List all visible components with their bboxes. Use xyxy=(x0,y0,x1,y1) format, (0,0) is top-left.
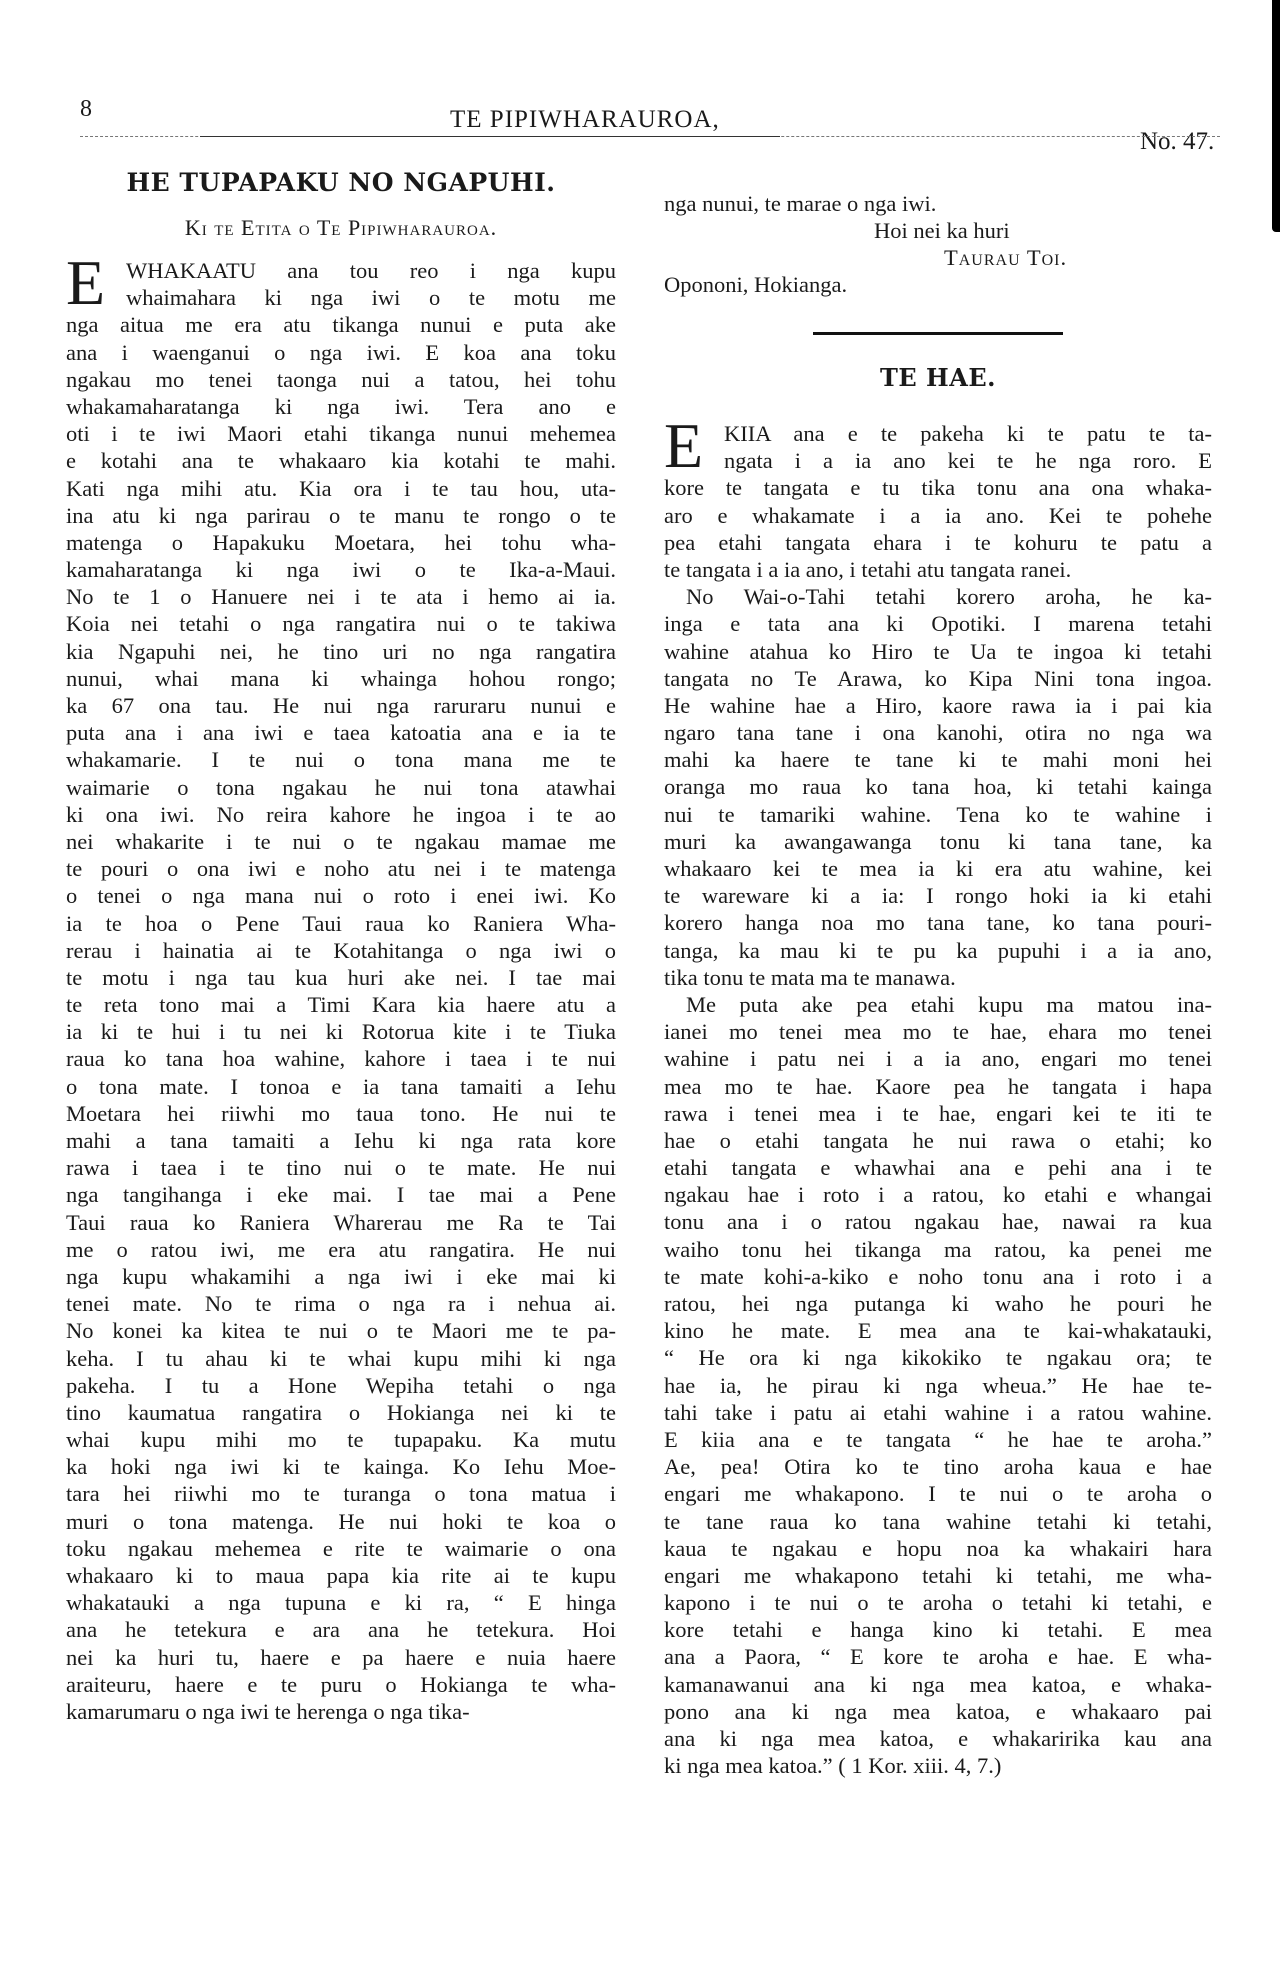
dateline-place: Opononi, Hokianga. xyxy=(664,271,1212,298)
text-line: E kiia ana e te tangata “ he hae te aroh… xyxy=(664,1426,1212,1453)
text-line: ngakau mo tenei taonga nui a tatou, hei … xyxy=(66,366,616,393)
text-line: tanga, ka mau ki te pu ka pupuhi i a ia … xyxy=(664,937,1212,964)
text-line: kamaharatanga ki nga iwi o te Ika-a-Maui… xyxy=(66,556,616,583)
text-line: whakatauki a nga tupuna e ki ra, “ E hin… xyxy=(66,1589,616,1616)
text-line: kamarumaru o nga iwi te herenga o nga ti… xyxy=(66,1698,616,1725)
text-line: kore te tangata e tu tika tonu ana ona w… xyxy=(664,474,1212,501)
text-line: wahine i patu nei i a ia ano, engari mo … xyxy=(664,1045,1212,1072)
text-line: ki nga mea katoa.” ( 1 Kor. xiii. 4, 7.) xyxy=(664,1752,1212,1779)
text-line: te mate kohi-a-kiko e noho tonu ana i ro… xyxy=(664,1263,1212,1290)
text-line: nga aitua me era atu tikanga nunui e put… xyxy=(66,311,616,338)
text-line: ana ki nga mea katoa, e whakaririka kau … xyxy=(664,1725,1212,1752)
text-line: ana a Paora, “ E kore te aroha e hae. E … xyxy=(664,1643,1212,1670)
text-line: KIIA ana e te pakeha ki te patu te ta- xyxy=(664,420,1212,447)
drop-cap: E xyxy=(66,255,105,311)
text-line: nui te tamariki wahine. Tena ko te wahin… xyxy=(664,801,1212,828)
text-line: tino kaumatua rangatira o Hokianga nei k… xyxy=(66,1399,616,1426)
text-line: Kati nga mihi atu. Kia ora i te tau hou,… xyxy=(66,475,616,502)
text-line: mahi a tana tamaiti a Iehu ki nga rata k… xyxy=(66,1127,616,1154)
text-line: ina atu ki nga parirau o te manu te rong… xyxy=(66,502,616,529)
text-line: rawa i tenei mea i te hae, engari kei te… xyxy=(664,1100,1212,1127)
header-rule-solid xyxy=(200,136,780,137)
text-line: nei whakarite i te nui o te ngakau mamae… xyxy=(66,828,616,855)
text-line: ratou, hei nga putanga ki waho he pouri … xyxy=(664,1290,1212,1317)
text-line: engari me whakapono tetahi ki tetahi, me… xyxy=(664,1562,1212,1589)
text-line: tangata no Te Arawa, ko Kipa Nini tona i… xyxy=(664,665,1212,692)
text-line: te motu i nga tau kua huri ake nei. I ta… xyxy=(66,964,616,991)
text-line: ngakau hae i roto i a ratou, ko etahi e … xyxy=(664,1181,1212,1208)
text-line: oti i te iwi Maori etahi tikanga nunui m… xyxy=(66,420,616,447)
text-line: muri ka awangawanga tonu ki tana tane, k… xyxy=(664,828,1212,855)
section-divider xyxy=(813,332,1063,335)
text-line: oranga mo raua ko tana hoa, ki tetahi ka… xyxy=(664,773,1212,800)
text-line: o tona mate. I tonoa e ia tana tamaiti a… xyxy=(66,1073,616,1100)
text-line: inga e tata ana ki Opotiki. I marena tet… xyxy=(664,610,1212,637)
text-line: e kotahi ana te whakaaro kia kotahi te m… xyxy=(66,447,616,474)
text-line: muri o tona matenga. He nui hoki te koa … xyxy=(66,1508,616,1535)
text-line: waimarie o tona ngakau he nui tona atawh… xyxy=(66,774,616,801)
text-line: ka 67 ona tau. He nui nga raruraru nunui… xyxy=(66,692,616,719)
text-line: kamanawanui ana ki nga mea katoa, e whak… xyxy=(664,1671,1212,1698)
text-line: whakaaro kei te mea ia ki era atu wahine… xyxy=(664,855,1212,882)
text-line: whai kupu mihi mo te tupapaku. Ka mutu xyxy=(66,1426,616,1453)
text-line: raua ko tana hoa wahine, kahore i taea i… xyxy=(66,1045,616,1072)
column-left: HE TUPAPAKU NO NGAPUHI. Ki te Etita o Te… xyxy=(66,168,616,1725)
text-line: hae o etahi tangata he nui rawa o etahi;… xyxy=(664,1127,1212,1154)
text-line: kore tetahi e hanga kino ki tetahi. E me… xyxy=(664,1616,1212,1643)
text-line: puta ana i ana iwi e taea katoatia ana e… xyxy=(66,719,616,746)
text-line: Moetara hei riiwhi mo taua tono. He nui … xyxy=(66,1100,616,1127)
article-body: E WHAKAATU ana tou reo i nga kupuwhaimah… xyxy=(66,257,616,1725)
page-number: 8 xyxy=(80,96,92,123)
text-line: toku ngakau mehemea e rite te waimarie o… xyxy=(66,1535,616,1562)
issue-number: No. 47. xyxy=(1140,128,1214,156)
text-line: tonu ana i o ratou ngakau hae, nawai ra … xyxy=(664,1208,1212,1235)
text-line: kapono i te nui o te aroha o tetahi ki t… xyxy=(664,1589,1212,1616)
text-line: No Wai-o-Tahi tetahi korero aroha, he ka… xyxy=(664,583,1212,610)
text-line: matenga o Hapakuku Moetara, hei tohu wha… xyxy=(66,529,616,556)
text-line: No konei ka kitea te nui o te Maori me t… xyxy=(66,1317,616,1344)
text-line: nunui, whai mana ki whainga hohou rongo; xyxy=(66,665,616,692)
text-line: rawa i taea i te tino nui o te mate. He … xyxy=(66,1154,616,1181)
text-line: tahi take i patu ai etahi wahine i a rat… xyxy=(664,1399,1212,1426)
running-title: TE PIPIWHARAUROA, xyxy=(450,106,720,134)
text-line: te reta tono mai a Timi Kara kia haere a… xyxy=(66,991,616,1018)
article-continuation: nga nunui, te marae o nga iwi. xyxy=(664,190,1212,217)
text-line: nga tangihanga i eke mai. I tae mai a Pe… xyxy=(66,1181,616,1208)
text-line: No te 1 o Hanuere nei i te ata i hemo ai… xyxy=(66,583,616,610)
text-line: mea mo te hae. Kaore pea he tangata i ha… xyxy=(664,1073,1212,1100)
text-line: rerau i hainatia ai te Kotahitanga o nga… xyxy=(66,937,616,964)
text-line: pea etahi tangata ehara i te kohuru te p… xyxy=(664,529,1212,556)
text-line: wahine atahua ko Hiro te Ua te ingoa ki … xyxy=(664,638,1212,665)
text-line: aro e whakamate i a ia ano. Kei te poheh… xyxy=(664,502,1212,529)
text-line: “ He ora ki nga kikokiko te ngakau ora; … xyxy=(664,1344,1212,1371)
text-line: keha. I tu ahau ki te whai kupu mihi ki … xyxy=(66,1345,616,1372)
closing-line: Hoi nei ka huri xyxy=(664,217,1212,244)
article-body: E KIIA ana e te pakeha ki te patu te ta-… xyxy=(664,420,1212,1779)
text-line: nga kupu whakamihi a nga iwi i eke mai k… xyxy=(66,1263,616,1290)
text-line: ia te hoa o Pene Taui raua ko Raniera Wh… xyxy=(66,910,616,937)
text-line: mahi ka haere te tane ki te mahi moni he… xyxy=(664,746,1212,773)
text-line: whaimahara ki nga iwi o te motu me xyxy=(66,284,616,311)
text-line: tika tonu te mata ma te manawa. xyxy=(664,964,1212,991)
text-line: whakamaharatanga ki nga iwi. Tera ano e xyxy=(66,393,616,420)
text-line: pakeha. I tu a Hone Wepiha tetahi o nga xyxy=(66,1372,616,1399)
text-line: ngata i a ia ano kei te he nga roro. E xyxy=(664,447,1212,474)
article-title: TE HAE. xyxy=(664,363,1212,392)
text-line: me o ratou iwi, me era atu rangatira. He… xyxy=(66,1236,616,1263)
text-line: Taui raua ko Raniera Wharerau me Ra te T… xyxy=(66,1209,616,1236)
text-line: Me puta ake pea etahi kupu ma matou ina- xyxy=(664,991,1212,1018)
text-line: engari me whakapono. I te nui o te aroha… xyxy=(664,1480,1212,1507)
text-line: korero hanga noa mo tana tane, ko tana p… xyxy=(664,909,1212,936)
column-right: nga nunui, te marae o nga iwi. Hoi nei k… xyxy=(664,190,1212,1779)
text-line: pono ana ki nga mea katoa, e whakaaro pa… xyxy=(664,1698,1212,1725)
text-line: nei ka huri tu, haere e pa haere e nuia … xyxy=(66,1644,616,1671)
text-line: tara hei riiwhi mo te turanga o tona mat… xyxy=(66,1480,616,1507)
text-line: He wahine hae a Hiro, kaore rawa ia i pa… xyxy=(664,692,1212,719)
text-line: WHAKAATU ana tou reo i nga kupu xyxy=(66,257,616,284)
drop-cap: E xyxy=(664,418,703,474)
text-line: kino he mate. E mea ana te kai-whakatauk… xyxy=(664,1317,1212,1344)
text-line: etahi tangata e whawhai ana e pehi ana i… xyxy=(664,1154,1212,1181)
text-line: hae ia, he pirau ki nga wheua.” He hae t… xyxy=(664,1372,1212,1399)
page-header: 8 TE PIPIWHARAUROA, No. 47. xyxy=(0,0,1280,160)
text-line: araiteuru, haere e te puru o Hokianga te… xyxy=(66,1671,616,1698)
text-line: ki ona iwi. No reira kahore he ingoa i t… xyxy=(66,801,616,828)
text-line: ka hoki nga iwi ki te kainga. Ko Iehu Mo… xyxy=(66,1453,616,1480)
text-line: kia Ngapuhi nei, he tino uri no nga rang… xyxy=(66,638,616,665)
text-line: o tenei o nga mana nui o roto i enei iwi… xyxy=(66,882,616,909)
text-line: ana he tetekura e ara ana he tetekura. H… xyxy=(66,1616,616,1643)
article-title: HE TUPAPAKU NO NGAPUHI. xyxy=(66,168,616,197)
text-line: ana i waenganui o nga iwi. E koa ana tok… xyxy=(66,339,616,366)
text-line: ianei mo tenei mea mo te hae, ehara mo t… xyxy=(664,1018,1212,1045)
text-line: Ae, pea! Otira ko te tino aroha kaua e h… xyxy=(664,1453,1212,1480)
text-line: te wareware ki a ia: I rongo hoki ia ki … xyxy=(664,882,1212,909)
author-signature: Taurau Toi. xyxy=(664,244,1212,271)
text-line: te tane raua ko tana wahine tetahi ki te… xyxy=(664,1508,1212,1535)
text-line: whakamarie. I te nui o tona mana me te xyxy=(66,746,616,773)
text-line: ia ki te hui i tu nei ki Rotorua kite i … xyxy=(66,1018,616,1045)
text-line: te pouri o ona iwi e noho atu nei i te m… xyxy=(66,855,616,882)
article-subtitle: Ki te Etita o Te Pipiwharauroa. xyxy=(66,215,616,241)
text-line: waiho tonu hei tikanga ma ratou, ka pene… xyxy=(664,1236,1212,1263)
text-line: te tangata i a ia ano, i tetahi atu tang… xyxy=(664,556,1212,583)
text-line: Koia nei tetahi o nga rangatira nui o te… xyxy=(66,610,616,637)
text-line: tenei mate. No te rima o nga ra i nehua … xyxy=(66,1290,616,1317)
text-line: whakaaro ki to maua papa kia rite ai te … xyxy=(66,1562,616,1589)
text-line: kaua te ngakau e hopu noa ka whakairi ha… xyxy=(664,1535,1212,1562)
text-line: ngaro tana tane i ona kanohi, otira no n… xyxy=(664,719,1212,746)
